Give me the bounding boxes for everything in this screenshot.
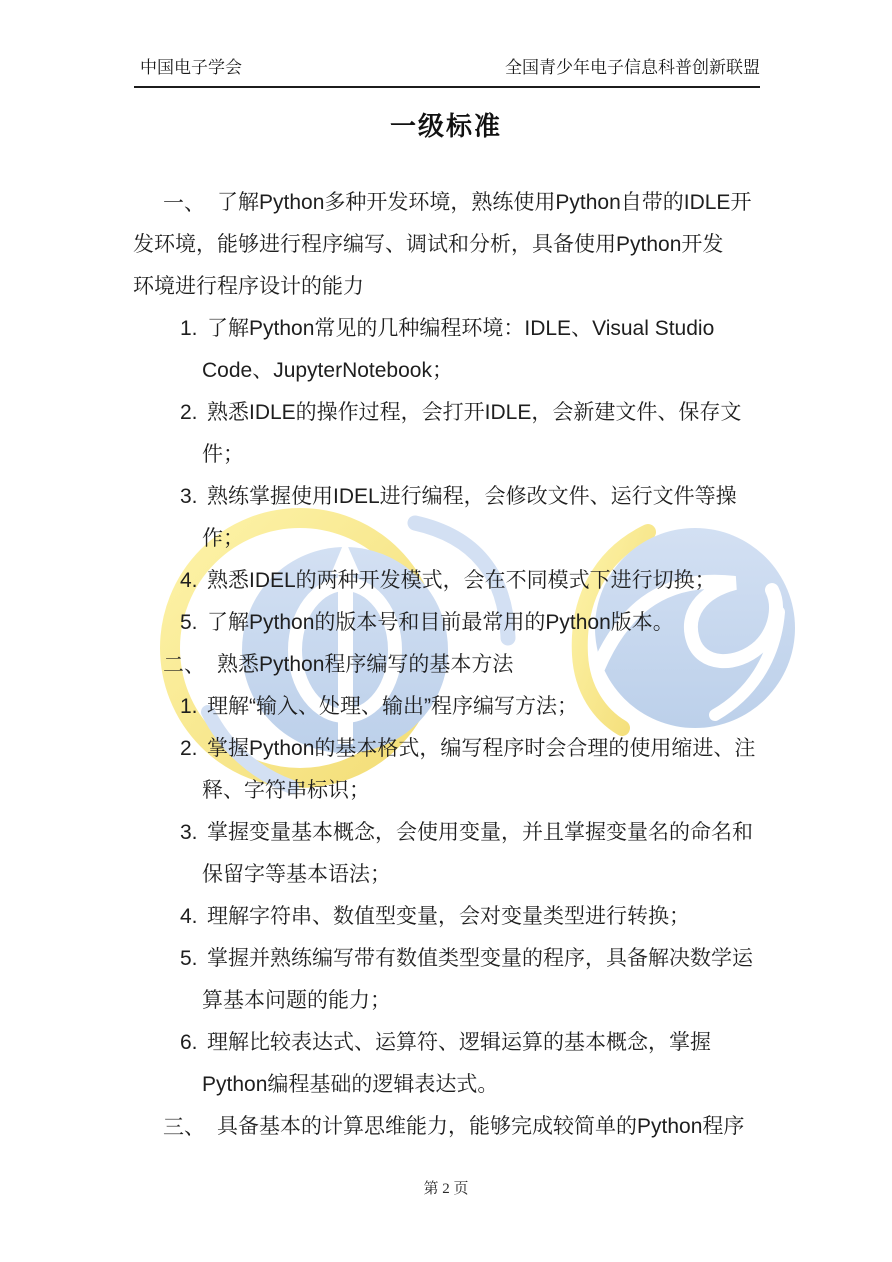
document-body: 一、了解Python多种开发环境，熟练使用Python自带的IDLE开发环境，能… (133, 182, 783, 1148)
line-text: 熟悉IDLE的操作过程，会打开IDLE，会新建文件、保存文 (207, 401, 741, 424)
item-number: 4. (180, 560, 198, 602)
list-item-line: 算基本问题的能力； (133, 980, 783, 1022)
section-marker: 一、 (163, 182, 205, 224)
line-text: 熟悉Python程序编写的基本方法 (217, 653, 513, 676)
page-number: 第 2 页 (0, 1177, 892, 1198)
list-item-line: 3.掌握变量基本概念，会使用变量，并且掌握变量名的命名和 (133, 812, 783, 854)
header-rule (134, 86, 760, 88)
list-item-line: 件； (133, 434, 783, 476)
list-item-line: 5.掌握并熟练编写带有数值类型变量的程序，具备解决数学运 (133, 938, 783, 980)
list-item-line: 1.理解“输入、处理、输出”程序编写方法； (133, 686, 783, 728)
section-marker: 二、 (163, 644, 205, 686)
line-text: 了解Python常见的几种编程环境：IDLE、Visual Studio (207, 317, 714, 340)
item-number: 4. (180, 896, 198, 938)
list-item-line: Code、JupyterNotebook； (133, 350, 783, 392)
list-item-line: 保留字等基本语法； (133, 854, 783, 896)
section-line: 二、熟悉Python程序编写的基本方法 (133, 644, 783, 686)
line-text: 作； (202, 527, 244, 550)
line-text: 理解字符串、数值型变量，会对变量类型进行转换； (207, 905, 690, 928)
item-number: 6. (180, 1022, 198, 1064)
line-text: 掌握变量基本概念，会使用变量，并且掌握变量名的命名和 (207, 821, 753, 844)
line-text: 熟练掌握使用IDEL进行编程，会修改文件、运行文件等操 (207, 485, 737, 508)
line-text: 件； (202, 443, 244, 466)
line-text: 了解Python多种开发环境，熟练使用Python自带的IDLE开 (217, 191, 751, 214)
list-item-line: 2.掌握Python的基本格式，编写程序时会合理的使用缩进、注 (133, 728, 783, 770)
line-text: 释、字符串标识； (202, 779, 370, 802)
section-line: 三、具备基本的计算思维能力，能够完成较简单的Python程序 (133, 1106, 783, 1148)
section-line: 环境进行程序设计的能力 (133, 266, 783, 308)
line-text: 发环境，能够进行程序编写、调试和分析，具备使用Python开发 (133, 233, 723, 256)
section-line: 发环境，能够进行程序编写、调试和分析，具备使用Python开发 (133, 224, 783, 266)
document-page: 中国电子学会 全国青少年电子信息科普创新联盟 一级标准 一、了解Python多种… (0, 0, 892, 1262)
page-header: 中国电子学会 全国青少年电子信息科普创新联盟 (140, 56, 760, 80)
line-text: 掌握Python的基本格式，编写程序时会合理的使用缩进、注 (207, 737, 755, 760)
line-text: 了解Python的版本号和目前最常用的Python版本。 (207, 611, 674, 634)
list-item-line: 4.熟悉IDEL的两种开发模式，会在不同模式下进行切换； (133, 560, 783, 602)
item-number: 2. (180, 728, 198, 770)
item-number: 5. (180, 602, 198, 644)
list-item-line: 作； (133, 518, 783, 560)
item-number: 3. (180, 812, 198, 854)
item-number: 1. (180, 686, 198, 728)
line-text: 算基本问题的能力； (202, 989, 391, 1012)
line-text: 具备基本的计算思维能力，能够完成较简单的Python程序 (217, 1115, 744, 1138)
line-text: 理解比较表达式、运算符、逻辑运算的基本概念，掌握 (207, 1031, 711, 1054)
line-text: Python编程基础的逻辑表达式。 (202, 1073, 498, 1096)
list-item-line: 1.了解Python常见的几种编程环境：IDLE、Visual Studio (133, 308, 783, 350)
list-item-line: 释、字符串标识； (133, 770, 783, 812)
item-number: 5. (180, 938, 198, 980)
item-number: 2. (180, 392, 198, 434)
list-item-line: 2.熟悉IDLE的操作过程，会打开IDLE，会新建文件、保存文 (133, 392, 783, 434)
section-line: 一、了解Python多种开发环境，熟练使用Python自带的IDLE开 (133, 182, 783, 224)
header-right-org: 全国青少年电子信息科普创新联盟 (505, 56, 760, 80)
list-item-line: 5.了解Python的版本号和目前最常用的Python版本。 (133, 602, 783, 644)
item-number: 1. (180, 308, 198, 350)
item-number: 3. (180, 476, 198, 518)
line-text: 保留字等基本语法； (202, 863, 391, 886)
page-title: 一级标准 (0, 106, 892, 143)
line-text: 掌握并熟练编写带有数值类型变量的程序，具备解决数学运 (207, 947, 753, 970)
list-item-line: 3.熟练掌握使用IDEL进行编程，会修改文件、运行文件等操 (133, 476, 783, 518)
line-text: Code、JupyterNotebook； (202, 359, 453, 382)
line-text: 环境进行程序设计的能力 (133, 275, 364, 298)
line-text: 理解“输入、处理、输出”程序编写方法； (207, 695, 578, 718)
list-item-line: Python编程基础的逻辑表达式。 (133, 1064, 783, 1106)
list-item-line: 6.理解比较表达式、运算符、逻辑运算的基本概念，掌握 (133, 1022, 783, 1064)
section-marker: 三、 (163, 1106, 205, 1148)
header-left-org: 中国电子学会 (140, 56, 242, 80)
list-item-line: 4.理解字符串、数值型变量，会对变量类型进行转换； (133, 896, 783, 938)
line-text: 熟悉IDEL的两种开发模式，会在不同模式下进行切换； (207, 569, 716, 592)
